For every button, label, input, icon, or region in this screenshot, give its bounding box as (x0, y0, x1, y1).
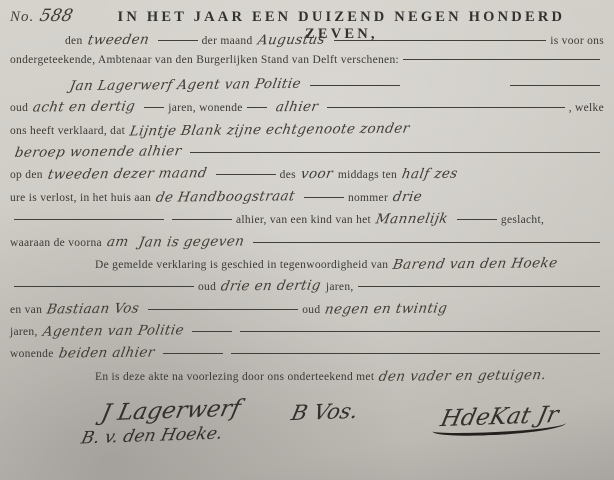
fill-rule (253, 242, 600, 243)
label-middags-ten: middags ten (338, 169, 397, 181)
label-kind-van-het: alhier, van een kind van het (236, 214, 371, 226)
hw-witness2-name: Bastiaan Vos (41, 300, 146, 317)
hw-birth-time: half zes (396, 166, 464, 183)
witness1-line: De gemelde verklaring is geschied in teg… (10, 256, 604, 278)
hw-house-number: drie (387, 189, 429, 205)
label-der-maand: der maand (202, 35, 253, 47)
fill-rule (231, 353, 600, 354)
fill-rule (14, 219, 164, 220)
label-op-den: op den (10, 169, 43, 181)
label-geslacht: geslacht, (501, 214, 544, 226)
signature-witness2: B Vos. (289, 399, 360, 425)
fill-rule (240, 331, 600, 332)
fill-rule (403, 59, 600, 60)
declarant-age-line: oud acht en dertig jaren, wonende alhier… (10, 99, 604, 121)
label-nommer: nommer (348, 192, 388, 204)
act-number-label: No. (10, 9, 34, 26)
label-en-van: en van (10, 304, 42, 316)
label-jaren1: jaren, (326, 281, 354, 293)
hw-witness1-age: drie en dertig (215, 278, 328, 295)
witness2-line: en van Bastiaan Vos oud negen en twintig (10, 301, 604, 323)
signature-declarant: J Lagerwerf (99, 396, 243, 427)
fill-rule (457, 219, 497, 220)
hw-mother-residence: beroep wonende alhier (9, 143, 188, 161)
fill-rule (310, 85, 400, 86)
label-witness-intro: De gemelde verklaring is geschied in teg… (95, 259, 388, 271)
label-oud2: oud (198, 281, 216, 293)
label-wonende: wonende (10, 348, 54, 360)
fill-rule (163, 353, 223, 354)
label-waaraan-voorna: waaraan de voorna (10, 237, 102, 249)
registrar-line: ondergeteekende, Ambtenaar van den Burge… (10, 54, 604, 76)
fill-rule (334, 40, 547, 41)
label-den: den (65, 35, 83, 47)
mother-line-1: ons heeft verklaard, dat Lijntje Blank z… (10, 122, 604, 144)
label-closing: En is deze akte na voorlezing door ons o… (95, 371, 374, 383)
fill-rule (148, 309, 298, 310)
fill-rule (144, 107, 164, 108)
label-ure-verlost: ure is verlost, in het huis aan (10, 192, 151, 204)
birth-certificate-scan: No. 588 IN HET JAAR EEN DUIZEND NEGEN HO… (0, 0, 614, 480)
fill-rule (247, 107, 267, 108)
header-row: No. 588 IN HET JAAR EEN DUIZEND NEGEN HO… (10, 6, 604, 32)
fill-rule (304, 197, 344, 198)
hw-witness-residence: beiden alhier (52, 345, 160, 362)
hw-street: de Handboogstraat (150, 188, 302, 206)
hw-declarant-residence: alhier (269, 99, 324, 116)
fill-rule (216, 174, 276, 175)
signature-witness1: B. v. den Hoeke. (79, 424, 224, 449)
hw-closing: den vader en getuigen. (373, 367, 553, 385)
fill-rule (510, 85, 600, 86)
hw-daypart: voor (295, 166, 340, 182)
birth-address-line: ure is verlost, in het huis aan de Handb… (10, 189, 604, 211)
label-oud3: oud (302, 304, 320, 316)
hw-witness1-name: Barend van den Hoeke (387, 255, 564, 273)
witness-occupation-line: jaren, Agenten van Politie (10, 323, 604, 345)
hw-mother-name: Lijntje Blank zijne echtgenoote zonder (124, 120, 416, 139)
closing-line: En is deze akte na voorlezing door ons o… (10, 368, 604, 390)
fill-rule (172, 219, 232, 220)
label-registrar: ondergeteekende, Ambtenaar van den Burge… (10, 54, 399, 66)
mother-line-2: beroep wonende alhier (10, 144, 604, 166)
birth-datetime-line: op den tweeden dezer maand des voor midd… (10, 166, 604, 188)
hw-declarant-age: acht en dertig (27, 99, 142, 116)
label-jaren2: jaren, (10, 326, 38, 338)
witness-residence-line: wonende beiden alhier (10, 345, 604, 367)
hw-witness-occupation: Agenten van Politie (36, 322, 190, 340)
year-heading: IN HET JAAR EEN DUIZEND NEGEN HONDERD ZE… (79, 9, 604, 43)
hw-child-name: Jan is gegeven (132, 233, 250, 250)
witness1-age-line: oud drie en dertig jaren, (10, 278, 604, 300)
hw-day: tweeden (81, 32, 155, 49)
label-is-voor-ons: is voor ons (550, 35, 604, 47)
label-verklaard: ons heeft verklaard, dat (10, 125, 125, 137)
label-welke: , welke (569, 102, 604, 114)
fill-rule (190, 152, 600, 153)
fill-rule (14, 286, 194, 287)
label-oud: oud (10, 102, 28, 114)
hw-naam-suffix: am (101, 233, 135, 249)
fill-rule (358, 286, 600, 287)
fill-rule (327, 107, 565, 108)
fill-rule (158, 40, 198, 41)
child-name-line: waaraan de voorna am Jan is gegeven (10, 234, 604, 256)
gender-line: alhier, van een kind van het Mannelijk g… (10, 211, 604, 233)
act-number-value: 588 (32, 6, 81, 26)
hw-month: Augustus (251, 32, 331, 49)
declarant-line: Jan Lagerwerf Agent van Politie (10, 77, 604, 99)
label-des: des (280, 169, 296, 181)
hw-witness2-age: negen en twintig (319, 300, 454, 317)
signatures-area: J Lagerwerf B. v. den Hoeke. B Vos. HdeK… (10, 390, 604, 476)
signature-registrar: HdeKat Jr (431, 402, 571, 438)
fill-rule (192, 331, 232, 332)
hw-gender: Mannelijk (370, 211, 455, 228)
hw-declarant-name-occupation: Jan Lagerwerf Agent van Politie (63, 76, 307, 95)
hw-birth-day: tweeden dezer maand (41, 165, 213, 183)
label-jaren-wonende: jaren, wonende (168, 102, 242, 114)
